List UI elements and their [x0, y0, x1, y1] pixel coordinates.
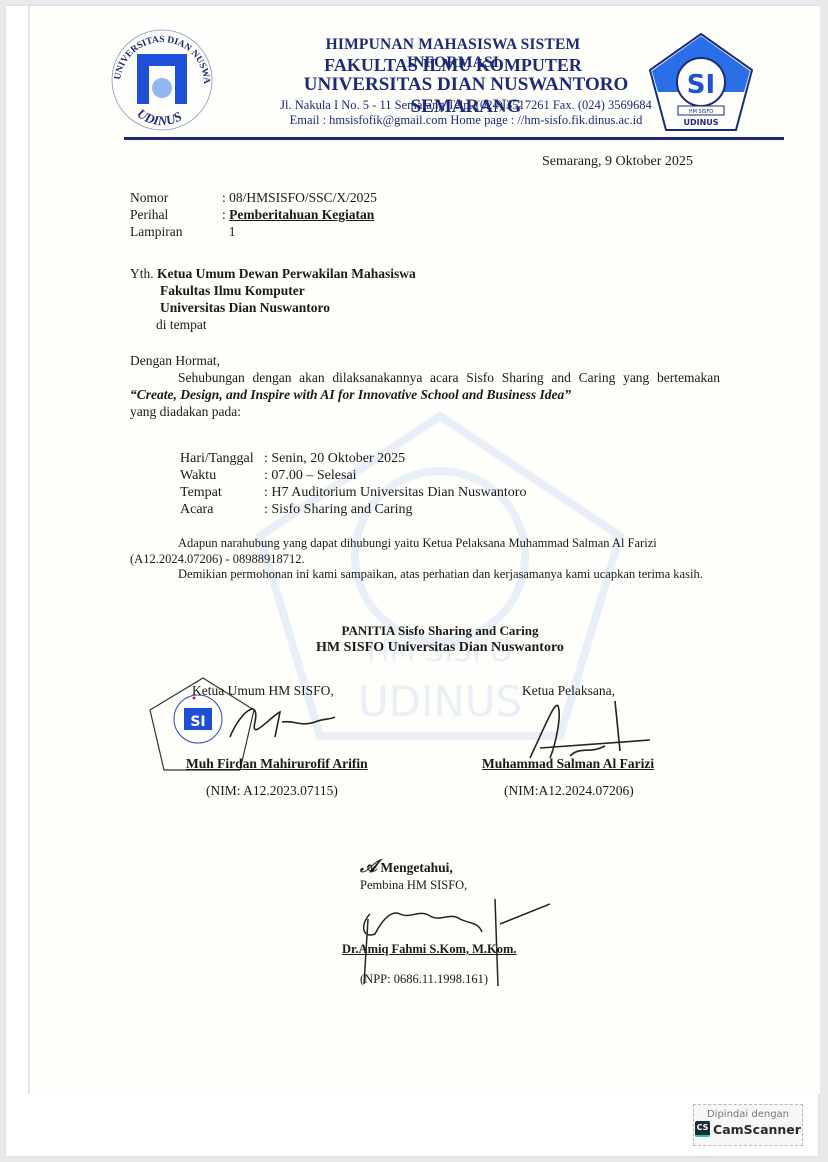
paragraph-contact: Adapun narahubung yang dapat dihubungi y… [130, 536, 720, 567]
left-sign-role: Ketua Umum HM SISFO, [192, 682, 334, 699]
udinus-logo-icon: UNIVERSITAS DIAN NUSWANTORO UDINUS [102, 24, 222, 136]
letter-body: Dengan Hormat, Sehubungan dengan akan di… [130, 352, 720, 420]
recipient-block: Yth. Ketua Umum Dewan Perwakilan Mahasis… [130, 265, 416, 333]
letter-date: Semarang, 9 Oktober 2025 [542, 153, 693, 170]
scanned-letter: UNIVERSITAS DIAN NUSWANTORO UDINUS HIMPU… [28, 6, 820, 1094]
page-frame: UNIVERSITAS DIAN NUSWANTORO UDINUS HIMPU… [6, 6, 818, 1156]
paragraph-intro: Sehubungan dengan akan dilaksanakannya a… [130, 369, 720, 403]
right-sign-name: Muhammad Salman Al Farizi [482, 755, 654, 772]
hm-sisfo-logo-icon: SI HM SISFO UDINUS [648, 32, 754, 132]
svg-text:HM SISFO: HM SISFO [689, 109, 713, 115]
camscanner-logo-icon: CS [695, 1121, 710, 1137]
left-sign-name: Muh Firdan Mahirurofif Arifin [186, 755, 368, 772]
svg-text:UDINUS: UDINUS [358, 677, 522, 726]
right-sign-id: (NIM:A12.2024.07206) [504, 782, 634, 799]
center-sign-heading: 𝒜 Mengetahui, [360, 858, 453, 876]
meta-lampiran: Lampiran 1 [130, 223, 377, 240]
center-sign-name: Dr.Amiq Fahmi S.Kom, M.Kom. [342, 941, 517, 958]
header-address: Jl. Nakula I No. 5 - 11 Semarang Telp. (… [266, 98, 666, 113]
camscanner-badge: Dipindai dengan CS CamScanner [693, 1104, 803, 1146]
svg-text:SI: SI [190, 714, 205, 730]
paragraph-closing: Demikian permohonan ini kami sampaikan, … [130, 567, 720, 583]
svg-text:SI: SI [687, 70, 715, 100]
header-divider [124, 137, 784, 140]
center-sign-role: Pembina HM SISFO, [360, 877, 467, 894]
center-sign-id: (NPP: 0686.11.1998.161) [360, 971, 488, 988]
event-details: Hari/Tanggal: Senin, 20 Oktober 2025 Wak… [180, 450, 526, 518]
salutation: Dengan Hormat, [130, 352, 720, 369]
committee-block: PANITIA Sisfo Sharing and Caring HM SISF… [200, 622, 680, 656]
left-sign-id: (NIM: A12.2023.07115) [206, 782, 338, 799]
svg-text:UDINUS: UDINUS [683, 118, 718, 127]
meta-perihal: Perihal : Pemberitahuan Kegiatan [130, 206, 377, 223]
header-contact: Email : hmsisfofik@gmail.com Home page :… [266, 113, 666, 128]
meta-nomor: Nomor : 08/HMSISFO/SSC/X/2025 [130, 189, 377, 206]
left-signature-icon [220, 692, 340, 747]
header-faculty: FAKULTAS ILMU KOMPUTER [280, 55, 626, 76]
closing-paragraphs: Adapun narahubung yang dapat dihubungi y… [130, 536, 720, 583]
letter-meta: Nomor : 08/HMSISFO/SSC/X/2025 Perihal : … [130, 189, 377, 240]
svg-text:UDINUS: UDINUS [135, 106, 185, 129]
